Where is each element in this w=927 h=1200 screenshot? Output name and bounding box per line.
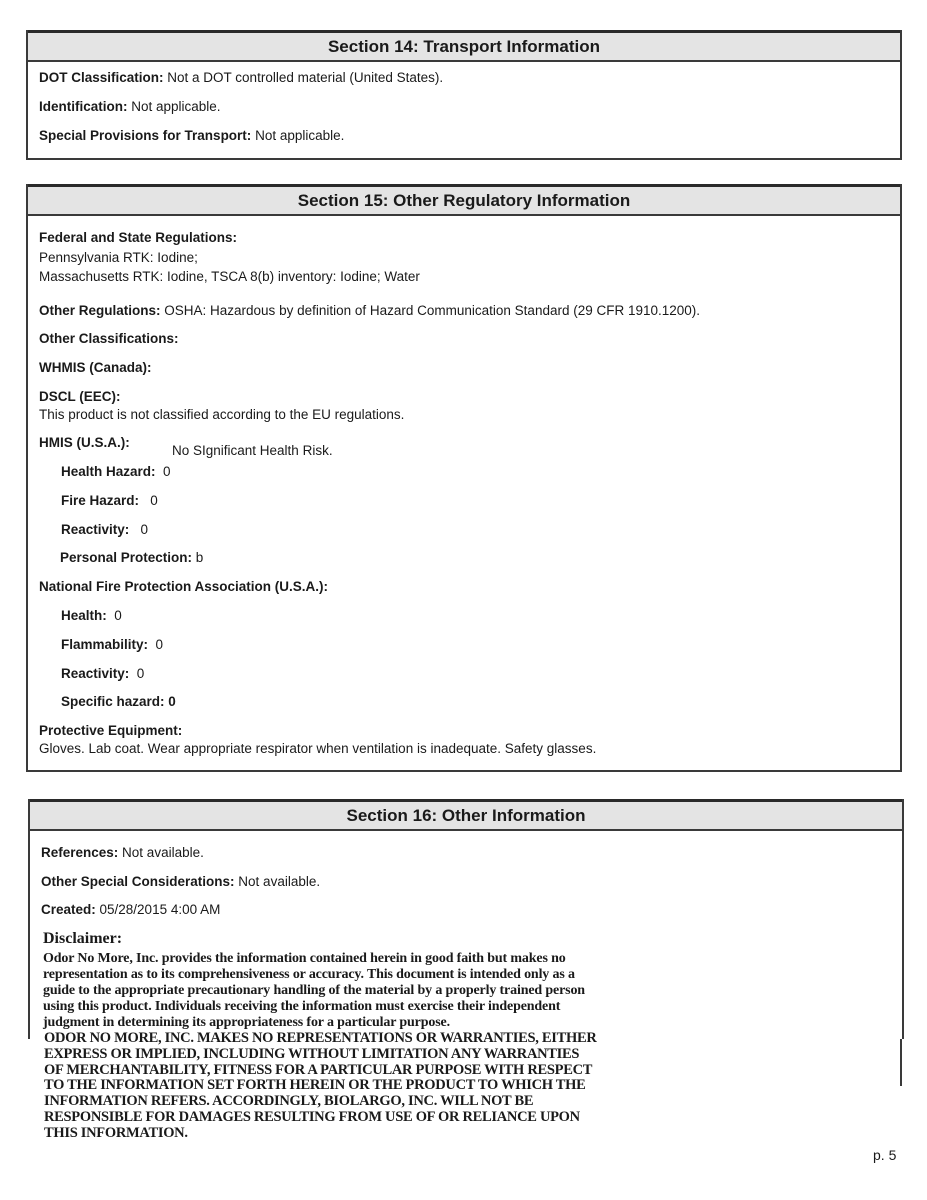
- section-14-title: Section 14: Transport Information: [28, 30, 900, 62]
- federal-line-1: Pennsylvania RTK: Iodine;: [39, 250, 198, 265]
- hmis-personal-protection: Personal Protection: b: [60, 550, 203, 565]
- nfpa-flammability: Flammability: 0: [61, 637, 163, 652]
- special-provisions: Special Provisions for Transport: Not ap…: [39, 128, 344, 143]
- warranty-line: EXPRESS OR IMPLIED, INCLUDING WITHOUT LI…: [44, 1047, 734, 1063]
- warranty-line: RESPONSIBLE FOR DAMAGES RESULTING FROM U…: [44, 1110, 734, 1126]
- references: References: Not available.: [41, 845, 204, 860]
- dot-classification-value: Not a DOT controlled material (United St…: [164, 70, 444, 85]
- federal-state-regulations-label: Federal and State Regulations:: [39, 230, 237, 245]
- protective-equipment-label: Protective Equipment:: [39, 723, 182, 738]
- identification-value: Not applicable.: [128, 99, 221, 114]
- section-15-regulatory: Section 15: Other Regulatory Information…: [26, 184, 902, 772]
- disclaimer-line: representation as to its comprehensivene…: [43, 967, 723, 983]
- other-regulations-label: Other Regulations:: [39, 303, 161, 318]
- hmis-fire-hazard: Fire Hazard: 0: [61, 493, 158, 508]
- section-15-title: Section 15: Other Regulatory Information: [28, 184, 900, 216]
- identification: Identification: Not applicable.: [39, 99, 221, 114]
- warranty-line: ODOR NO MORE, INC. MAKES NO REPRESENTATI…: [44, 1031, 734, 1047]
- section-16-right-border: [900, 1039, 902, 1086]
- disclaimer-body: Odor No More, Inc. provides the informat…: [43, 951, 723, 1031]
- dscl-value: This product is not classified according…: [39, 407, 404, 422]
- disclaimer-line: Odor No More, Inc. provides the informat…: [43, 951, 723, 967]
- special-provisions-value: Not applicable.: [251, 128, 344, 143]
- disclaimer-line: using this product. Individuals receivin…: [43, 999, 723, 1015]
- hmis-note: No SIgnificant Health Risk.: [172, 443, 333, 458]
- section-14-transport: Section 14: Transport Information DOT Cl…: [26, 30, 902, 160]
- disclaimer-line: guide to the appropriate precautionary h…: [43, 983, 723, 999]
- nfpa-reactivity: Reactivity: 0: [61, 666, 144, 681]
- hmis-reactivity: Reactivity: 0: [61, 522, 148, 537]
- nfpa-label: National Fire Protection Association (U.…: [39, 579, 328, 594]
- hmis-label: HMIS (U.S.A.):: [39, 435, 130, 450]
- disclaimer-line: judgment in determining its appropriaten…: [43, 1015, 723, 1031]
- hmis-health-hazard: Health Hazard: 0: [61, 464, 171, 479]
- warranty-line: INFORMATION REFERS. ACCORDINGLY, BIOLARG…: [44, 1094, 734, 1110]
- other-special-considerations: Other Special Considerations: Not availa…: [41, 874, 320, 889]
- whmis-label: WHMIS (Canada):: [39, 360, 152, 375]
- nfpa-specific-hazard: Specific hazard: 0: [61, 694, 176, 709]
- section-16-title: Section 16: Other Information: [30, 799, 902, 831]
- other-regulations-value: OSHA: Hazardous by definition of Hazard …: [161, 303, 701, 318]
- identification-label: Identification:: [39, 99, 128, 114]
- dot-classification-label: DOT Classification:: [39, 70, 164, 85]
- dscl-label: DSCL (EEC):: [39, 389, 121, 404]
- special-provisions-label: Special Provisions for Transport:: [39, 128, 251, 143]
- nfpa-health: Health: 0: [61, 608, 122, 623]
- warranty-line: OF MERCHANTABILITY, FITNESS FOR A PARTIC…: [44, 1063, 734, 1079]
- other-regulations: Other Regulations: OSHA: Hazardous by de…: [39, 303, 700, 318]
- warranty-line: TO THE INFORMATION SET FORTH HEREIN OR T…: [44, 1078, 734, 1094]
- warranty-line: THIS INFORMATION.: [44, 1126, 734, 1142]
- other-classifications-label: Other Classifications:: [39, 331, 179, 346]
- created-date: Created: 05/28/2015 4:00 AM: [41, 902, 220, 917]
- disclaimer-warranty: ODOR NO MORE, INC. MAKES NO REPRESENTATI…: [44, 1031, 734, 1142]
- page-number: p. 5: [873, 1147, 896, 1163]
- dot-classification: DOT Classification: Not a DOT controlled…: [39, 70, 443, 85]
- disclaimer-title: Disclaimer:: [43, 930, 122, 948]
- protective-equipment-value: Gloves. Lab coat. Wear appropriate respi…: [39, 741, 596, 756]
- federal-line-2: Massachusetts RTK: Iodine, TSCA 8(b) inv…: [39, 269, 420, 284]
